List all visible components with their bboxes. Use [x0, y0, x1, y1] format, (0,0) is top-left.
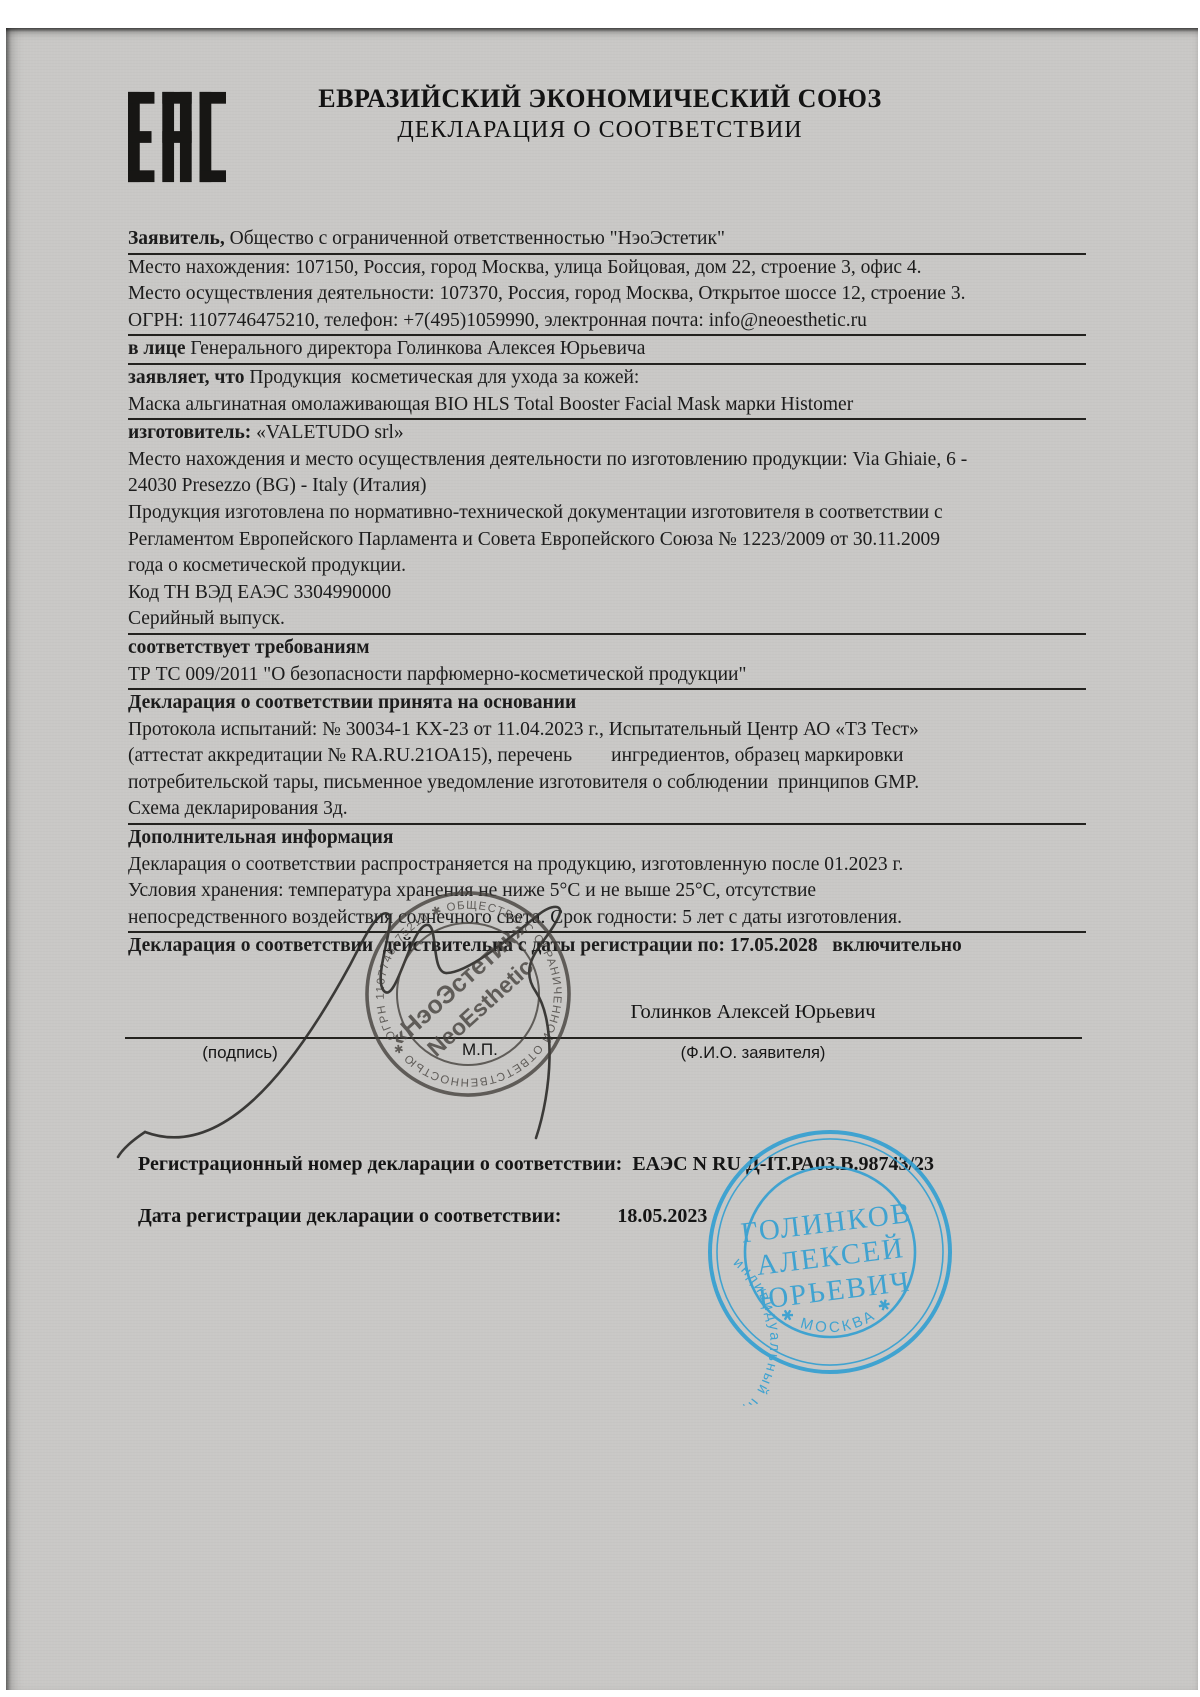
registrar-stamp: индивидуальный предприниматель ОГРНИП 30… — [672, 1094, 988, 1410]
document-line: года о косметической продукции. — [128, 553, 1086, 580]
document-line: Регламентом Европейского Парламента и Со… — [128, 527, 1086, 554]
scan-edge-left — [6, 28, 11, 1690]
document-line: Продукция изготовлена по нормативно-техн… — [128, 500, 1086, 527]
declarant-caption: (Ф.И.О. заявителя) — [588, 1044, 918, 1063]
document-line: потребительской тары, письменное уведомл… — [128, 770, 1086, 797]
scan-edge-top — [6, 28, 1198, 32]
declaration-body: Заявитель, Общество с ограниченной ответ… — [128, 226, 1086, 960]
document-line: Декларация о соответствии принята на осн… — [128, 690, 1086, 717]
document-line: 24030 Presezzo (BG) - Italy (Италия) — [128, 473, 1086, 500]
document-line: соответствует требованиям — [128, 635, 1086, 662]
svg-text:ОБЩЕСТВО С ОГРАНИЧЕННОЙ ОТВЕТС: ОБЩЕСТВО С ОГРАНИЧЕННОЙ ОТВЕТСТВЕННОСТЬЮ… — [355, 880, 583, 1108]
document-line: Схема декларирования 3д. — [128, 796, 1086, 825]
document-line: Место нахождения: 107150, Россия, город … — [128, 255, 1086, 282]
document-line: Протокола испытаний: № 30034-1 КХ-23 от … — [128, 717, 1086, 744]
registration-number-label: Регистрационный номер декларации о соотв… — [138, 1153, 622, 1175]
union-title: ЕВРАЗИЙСКИЙ ЭКОНОМИЧЕСКИЙ СОЮЗ — [170, 84, 1030, 114]
scanned-declaration-page: { "header": { "eac_mark": "EAC", "title_… — [0, 0, 1200, 1697]
document-line: в лице Генерального директора Голинкова … — [128, 336, 1086, 365]
document-line: Место осуществления деятельности: 107370… — [128, 281, 1086, 308]
document-line: ОГРН: 1107746475210, телефон: +7(495)105… — [128, 308, 1086, 337]
document-line: заявляет, что Продукция косметическая дл… — [128, 365, 1086, 392]
document-line: Заявитель, Общество с ограниченной ответ… — [128, 226, 1086, 255]
document-line: (аттестат аккредитации № RA.RU.21ОА15), … — [128, 743, 1086, 770]
document-line: Дополнительная информация — [128, 825, 1086, 852]
document-line: изготовитель: «VALETUDO srl» — [128, 420, 1086, 447]
document-line: Маска альгинатная омолаживающая BIO HLS … — [128, 392, 1086, 421]
declarant-name: Голинков Алексей Юрьевич — [588, 1001, 918, 1024]
document-line: Место нахождения и место осуществления д… — [128, 447, 1086, 474]
document-line: Код ТН ВЭД ЕАЭС 3304990000 — [128, 580, 1086, 607]
registration-date-line: Дата регистрации декларации о соответств… — [128, 1182, 707, 1228]
document-line: ТР ТС 009/2011 "О безопасности парфюмерн… — [128, 662, 1086, 691]
company-stamp-ring-text: ОБЩЕСТВО С ОГРАНИЧЕННОЙ ОТВЕТСТВЕННОСТЬЮ… — [355, 880, 583, 1108]
document-line: Серийный выпуск. — [128, 606, 1086, 635]
declaration-title: ДЕКЛАРАЦИЯ О СООТВЕТСТВИИ — [170, 117, 1030, 144]
document-title: ЕВРАЗИЙСКИЙ ЭКОНОМИЧЕСКИЙ СОЮЗ ДЕКЛАРАЦИ… — [170, 84, 1030, 144]
registration-date-label: Дата регистрации декларации о соответств… — [138, 1205, 561, 1227]
